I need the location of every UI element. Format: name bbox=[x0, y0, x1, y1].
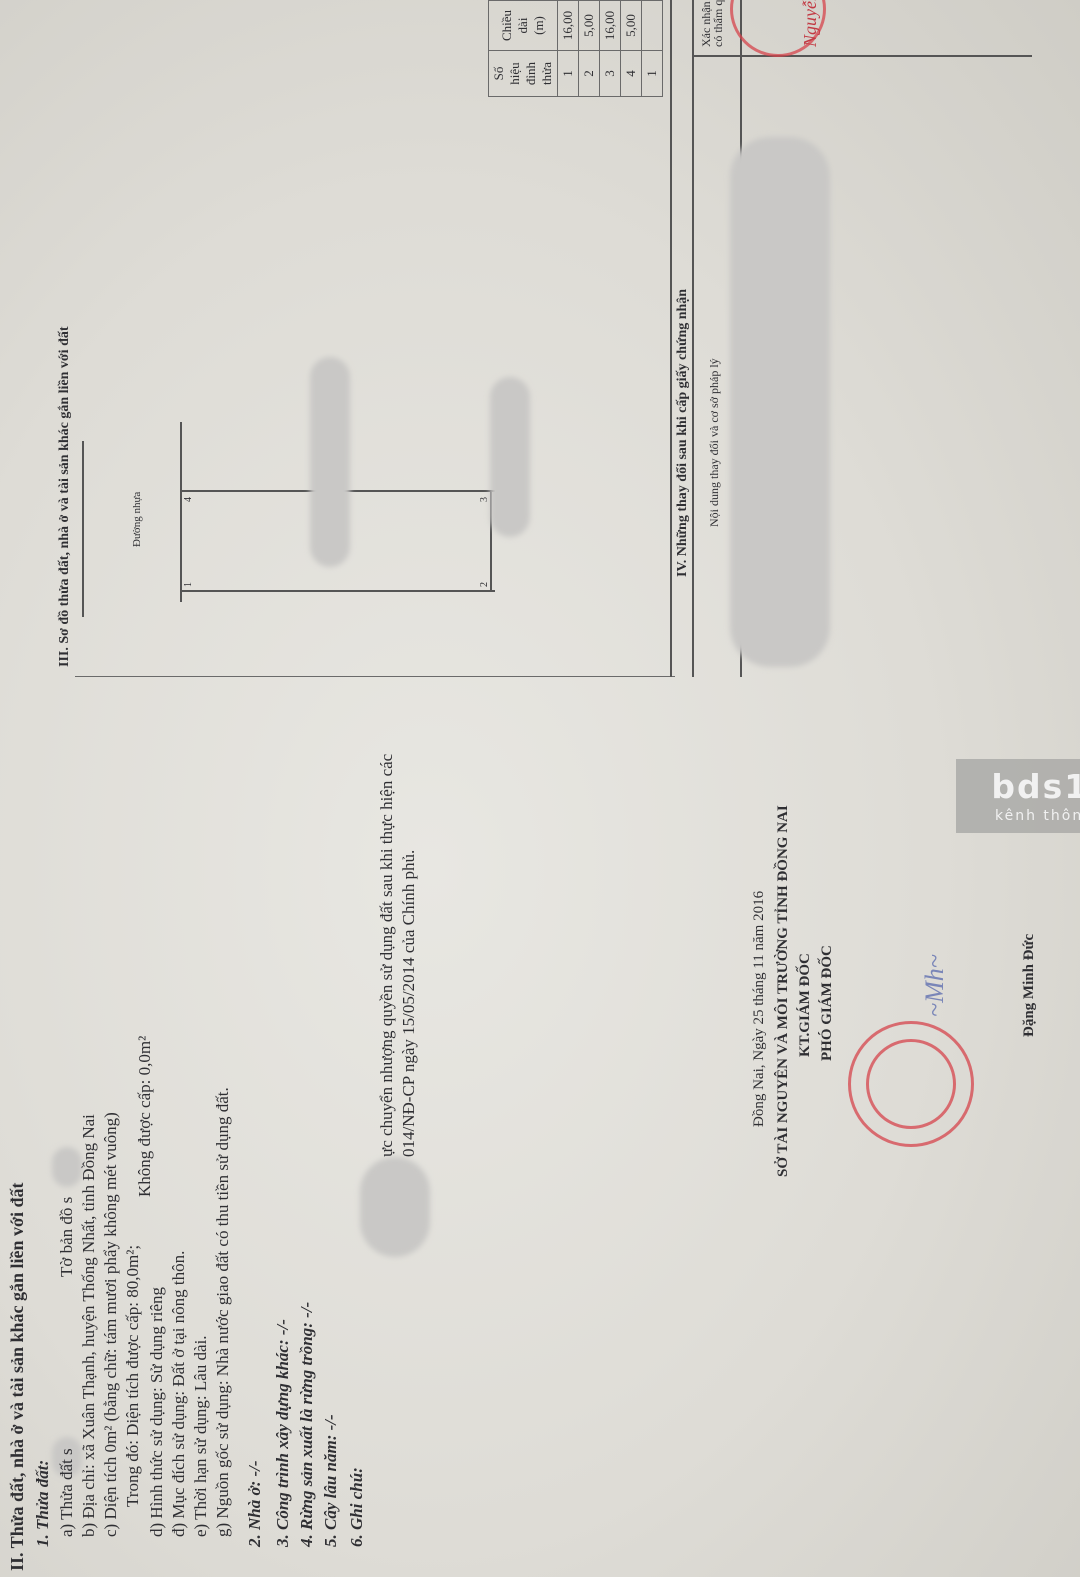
redaction bbox=[730, 137, 830, 667]
redaction bbox=[490, 377, 530, 537]
land-title: 1. Thửa đất: bbox=[34, 1460, 51, 1547]
vertex-3: 3 bbox=[480, 497, 490, 502]
section-2: II. Thửa đất, nhà ở và tài sản khác gắn … bbox=[0, 817, 1080, 1577]
rotated-page: II. Thửa đất, nhà ở và tài sản khác gắn … bbox=[0, 0, 1080, 1577]
table-row: 45,00 bbox=[621, 1, 642, 97]
land-use-term: e) Thời hạn sử dụng: Lâu dài. bbox=[192, 1335, 209, 1537]
section-4-header-rule bbox=[692, 0, 694, 677]
section-4-heading: IV. Những thay đổi sau khi cấp giấy chứn… bbox=[676, 289, 690, 577]
vertex-2: 2 bbox=[480, 582, 490, 587]
table-header-length: Chiều dài (m) bbox=[489, 1, 558, 51]
table-header-point: Số hiệu đỉnh thửa bbox=[489, 51, 558, 97]
watermark-subtitle: kênh thông tin nhà đất bbox=[956, 808, 1080, 824]
section-3-heading: III. Sơ đồ thửa đất, nhà ở và tài sản kh… bbox=[58, 326, 72, 667]
signature-role-1: KT.GIÁM ĐỐC bbox=[798, 953, 813, 1057]
signature-role-2: PHÓ GIÁM ĐỐC bbox=[820, 945, 835, 1061]
section-3-4: III. Sơ đồ thửa đất, nhà ở và tài sản kh… bbox=[0, 0, 1080, 777]
land-area-detail-2: Không được cấp: 0,0m² bbox=[136, 1036, 153, 1197]
section-4-divider bbox=[670, 0, 672, 677]
land-map-sheet: Tờ bản đồ s bbox=[58, 1197, 75, 1277]
redaction bbox=[310, 357, 350, 567]
table-row: 25,00 bbox=[579, 1, 600, 97]
section-4-col-divider bbox=[692, 56, 1032, 58]
vertex-table: Số hiệu đỉnh thửa Chiều dài (m) 116,00 2… bbox=[488, 0, 663, 97]
land-use-purpose: đ) Mục đích sử dụng: Đất ở tại nông thôn… bbox=[170, 1251, 187, 1537]
scanned-document: II. Thửa đất, nhà ở và tài sản khác gắn … bbox=[0, 0, 1080, 1577]
land-area-detail: Trong đó: Diện tích được cấp: 80,0m²; bbox=[124, 1245, 141, 1507]
land-origin: g) Nguồn gốc sử dụng: Nhà nước giao đất … bbox=[214, 1087, 231, 1537]
table-row: 316,00 bbox=[600, 1, 621, 97]
land-parcel: a) Thửa đất s bbox=[58, 1448, 75, 1537]
table-row: 1 bbox=[642, 1, 663, 97]
signature-date: Đồng Nai, Ngày 25 tháng 11 năm 2016 bbox=[752, 891, 767, 1127]
table-row: 116,00 bbox=[558, 1, 579, 97]
signature-org: SỞ TÀI NGUYÊN VÀ MÔI TRƯỜNG TỈNH ĐỒNG NA… bbox=[776, 805, 791, 1177]
land-use-form: d) Hình thức sử dụng: Sử dụng riêng bbox=[148, 1287, 165, 1537]
vertex-4: 4 bbox=[184, 497, 194, 502]
signer-name: Đặng Minh Đức bbox=[1022, 934, 1037, 1037]
director-signature: ~Mh~ bbox=[920, 954, 950, 1017]
section-4-col-1: Nội dung thay đổi và cơ sở pháp lý bbox=[708, 358, 720, 527]
forest-item: 4. Rừng sản xuất là rừng trồng: -/- bbox=[298, 1302, 315, 1547]
confirmation-signer: Nguyễn Đình Hồ bbox=[800, 0, 821, 47]
section-4-col-2: Xác nhận của cơ quan có thẩm quyền bbox=[700, 0, 724, 47]
notes-title: 6. Ghi chú: bbox=[348, 1467, 365, 1547]
construction-item: 3. Công trình xây dựng khác: -/- bbox=[274, 1319, 291, 1547]
notes-line-1: ực chuyển nhượng quyền sử dụng đất sau k… bbox=[378, 754, 395, 1157]
redaction bbox=[360, 1157, 430, 1257]
house-item: 2. Nhà ở: -/- bbox=[246, 1460, 263, 1547]
perennial-item: 5. Cây lâu năm: -/- bbox=[322, 1414, 339, 1547]
land-area: c) Diện tích 0m² (bằng chữ: tám mươi phẩ… bbox=[102, 1112, 119, 1537]
official-stamp-inner bbox=[866, 1039, 956, 1129]
land-address: b) Địa chỉ: xã Xuân Thạnh, huyện Thống N… bbox=[80, 1114, 97, 1537]
section-2-heading: II. Thửa đất, nhà ở và tài sản khác gắn … bbox=[8, 1182, 26, 1571]
redaction bbox=[52, 1147, 82, 1187]
lot-front-edge bbox=[180, 422, 182, 602]
notes-line-2: 014/NĐ-CP ngày 15/05/2014 của Chính phủ. bbox=[400, 850, 417, 1157]
road-line bbox=[82, 441, 84, 617]
vertex-1: 1 bbox=[184, 582, 194, 587]
lot-side-1-2 bbox=[180, 591, 495, 593]
section-3-frame bbox=[75, 0, 675, 677]
road-label: Đường nhựa bbox=[132, 492, 143, 547]
